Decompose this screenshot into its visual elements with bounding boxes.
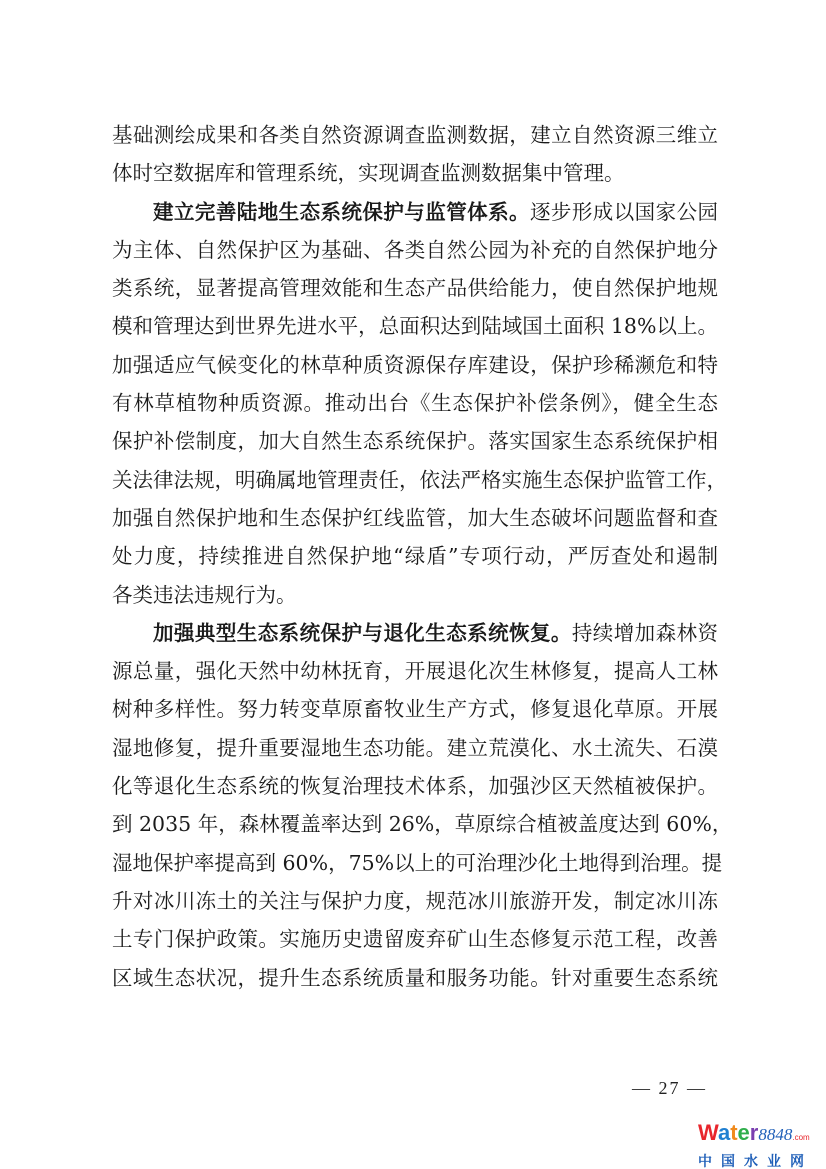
text-fragment: 持续增加森林资 xyxy=(572,621,718,645)
text-line: 各类违法违规行为。 xyxy=(112,576,718,614)
logo-letter: a xyxy=(718,1120,730,1145)
text-line: 为主体、自然保护区为基础、各类自然公园为补充的自然保护地分 xyxy=(112,231,718,269)
paragraph-first-line: 加强典型生态系统保护与退化生态系统恢复。持续增加森林资 xyxy=(112,614,718,652)
text-line: 加强自然保护地和生态保护红线监管，加大生态破坏问题监督和查 xyxy=(112,499,718,537)
text-line: 保护补偿制度，加大自然生态系统保护。落实国家生态系统保护相 xyxy=(112,422,718,460)
page-number: — 27 — xyxy=(632,1078,707,1099)
logo-letter: W xyxy=(698,1120,718,1145)
text-line: 湿地修复，提升重要湿地生态功能。建立荒漠化、水土流失、石漠 xyxy=(112,729,718,767)
text-line: 区域生态状况，提升生态系统质量和服务功能。针对重要生态系统 xyxy=(112,959,718,997)
text-line: 树种多样性。努力转变草原畜牧业生产方式，修复退化草原。开展 xyxy=(112,690,718,728)
text-line: 升对冰川冻土的关注与保护力度，规范冰川旅游开发，制定冰川冻 xyxy=(112,882,718,920)
text-line: 源总量，强化天然中幼林抚育，开展退化次生林修复，提高人工林 xyxy=(112,652,718,690)
text-line: 体时空数据库和管理系统，实现调查监测数据集中管理。 xyxy=(112,154,718,192)
text-line: 处力度，持续推进自然保护地“绿盾”专项行动，严厉查处和遏制 xyxy=(112,537,718,575)
text-line: 到 2035 年，森林覆盖率达到 26%，草原综合植被盖度达到 60%， xyxy=(112,805,718,843)
logo-letter: e xyxy=(738,1120,750,1145)
text-fragment: 逐步形成以国家公园 xyxy=(530,200,718,224)
section-heading: 建立完善陆地生态系统保护与监管体系。 xyxy=(153,200,530,224)
text-line: 加强适应气候变化的林草种质资源保存库建设，保护珍稀濒危和特 xyxy=(112,346,718,384)
section-heading: 加强典型生态系统保护与退化生态系统恢复。 xyxy=(153,621,572,645)
logo-number: 8848 xyxy=(758,1125,792,1144)
logo-suffix: .com xyxy=(792,1133,809,1142)
watermark-logo: Water8848.com 中国水业网 xyxy=(698,1122,822,1169)
logo-letter: t xyxy=(730,1120,737,1145)
watermark-chinese-name: 中国水业网 xyxy=(698,1151,822,1169)
text-line: 模和管理达到世界先进水平，总面积达到陆域国土面积 18%以上。 xyxy=(112,307,718,345)
text-line: 基础测绘成果和各类自然资源调查监测数据，建立自然资源三维立 xyxy=(112,116,718,154)
text-line: 湿地保护率提高到 60%，75%以上的可治理沙化土地得到治理。提 xyxy=(112,844,718,882)
document-page: 基础测绘成果和各类自然资源调查监测数据，建立自然资源三维立 体时空数据库和管理系… xyxy=(112,116,718,997)
paragraph-first-line: 建立完善陆地生态系统保护与监管体系。逐步形成以国家公园 xyxy=(112,193,718,231)
text-line: 类系统，显著提高管理效能和生态产品供给能力，使自然保护地规 xyxy=(112,269,718,307)
text-line: 土专门保护政策。实施历史遗留废弃矿山生态修复示范工程，改善 xyxy=(112,920,718,958)
text-line: 化等退化生态系统的恢复治理技术体系，加强沙区天然植被保护。 xyxy=(112,767,718,805)
text-line: 有林草植物种质资源。推动出台《生态保护补偿条例》，健全生态 xyxy=(112,384,718,422)
text-line: 关法律法规，明确属地管理责任，依法严格实施生态保护监管工作， xyxy=(112,461,718,499)
watermark-wordmark: Water8848.com xyxy=(698,1122,822,1149)
